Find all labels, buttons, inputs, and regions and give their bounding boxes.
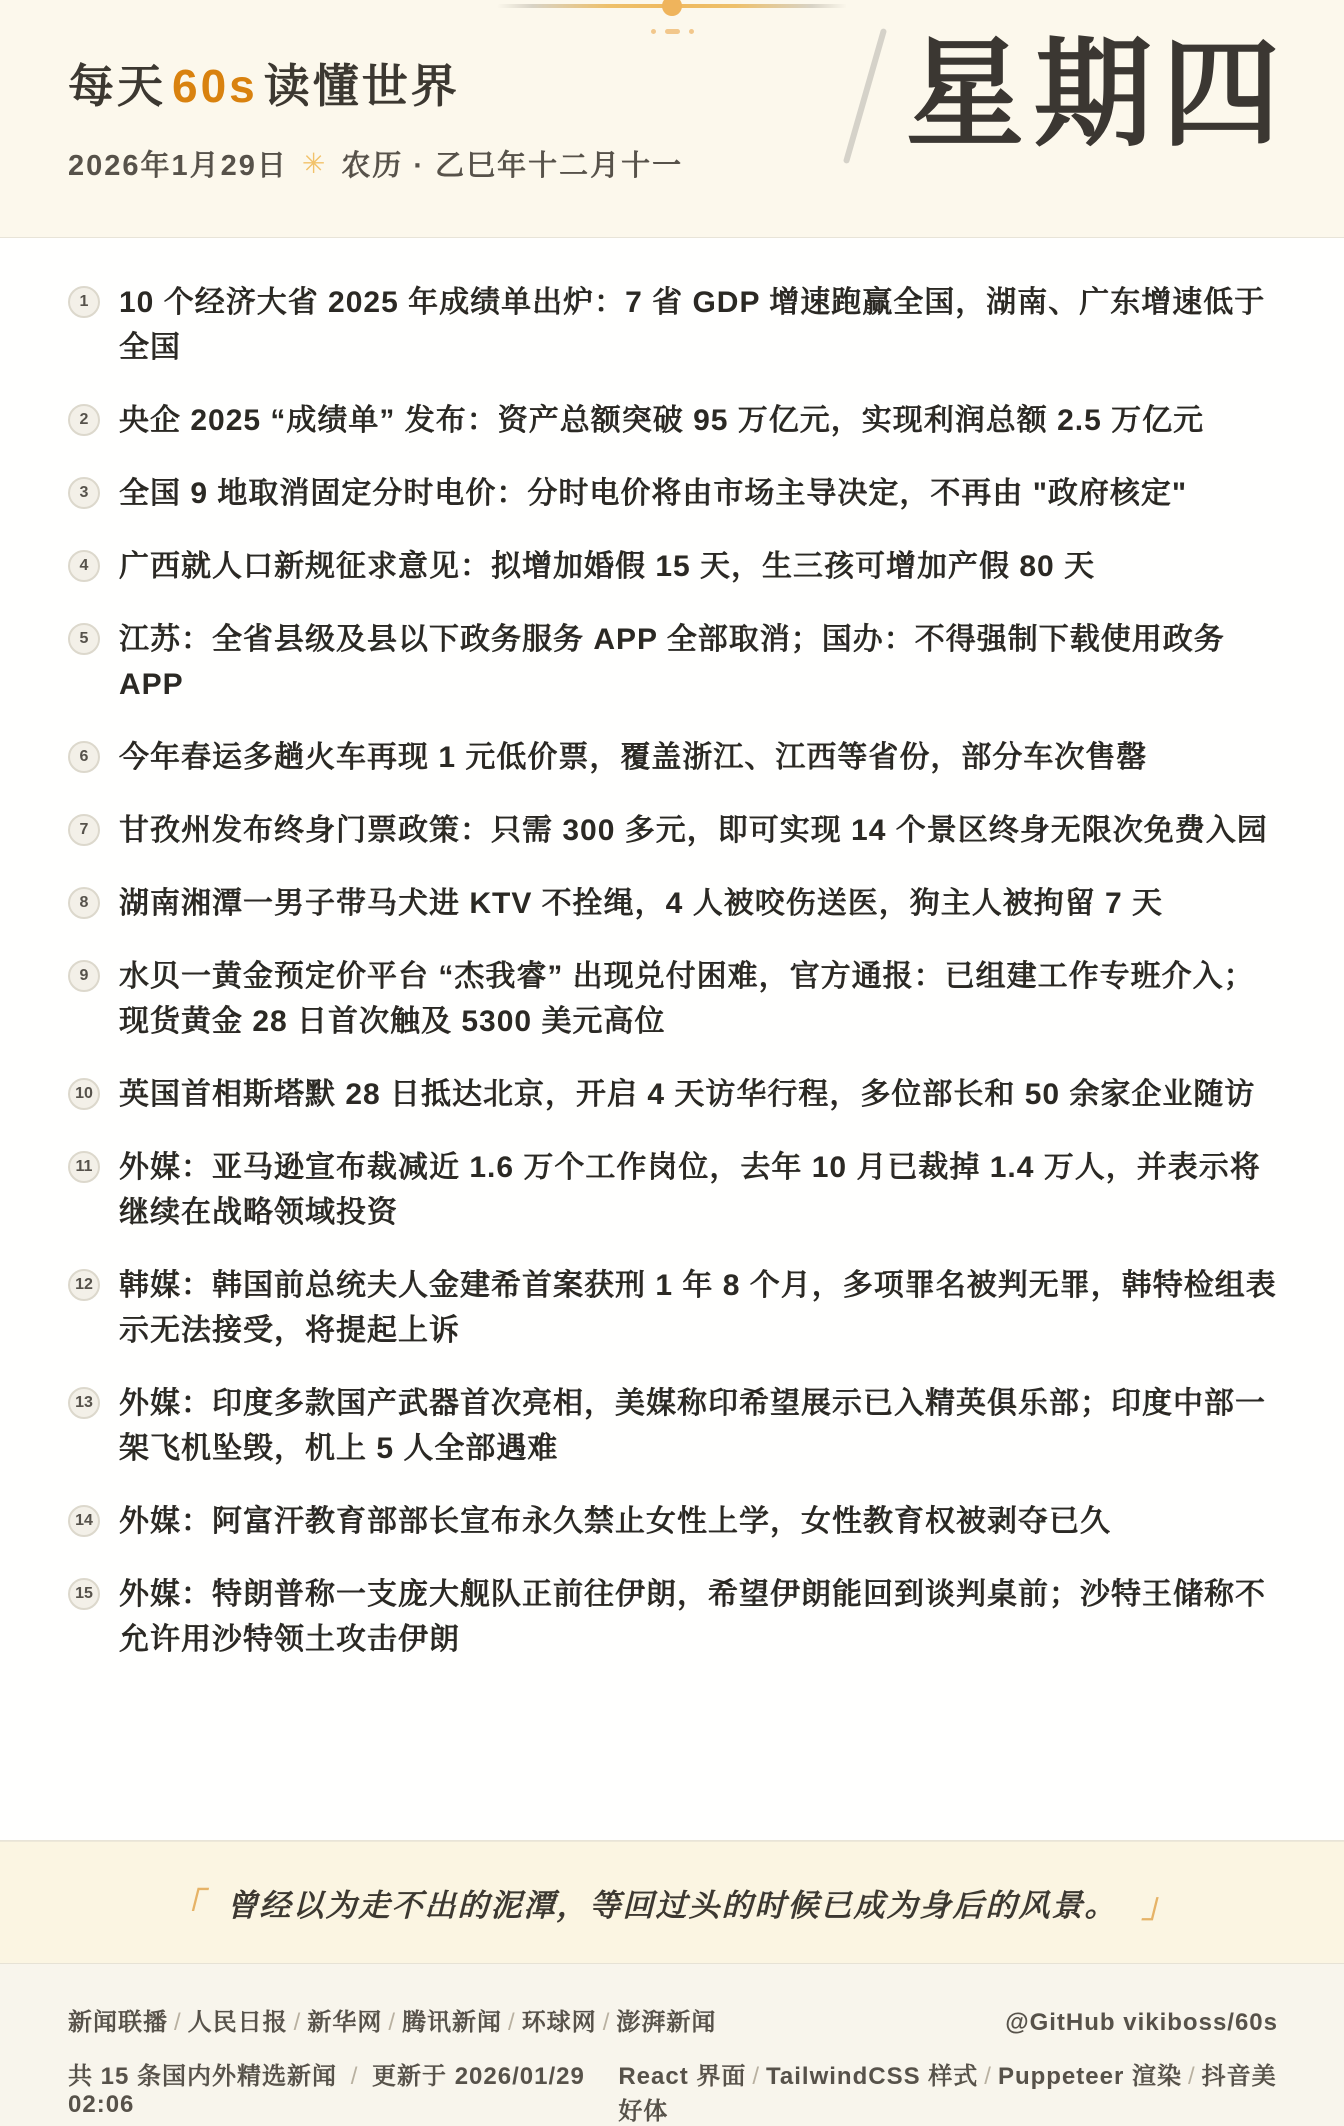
news-item-text: 韩媒：韩国前总统夫人金建希首案获刑 1 年 8 个月，多项罪名被判无罪，韩特检组… [119,1263,1278,1353]
header-decoration [497,4,847,34]
decoration-dots [497,29,847,34]
news-item-text: 全国 9 地取消固定分时电价：分时电价将由市场主导决定，不再由 "政府核定" [119,471,1187,516]
page-title: 每天60s读懂世界 [68,50,683,116]
news-list: 110 个经济大省 2025 年成绩单出炉：7 省 GDP 增速跑赢全国，湖南、… [68,280,1278,1662]
asterisk-icon: ✳ [302,147,327,180]
separator: / [1182,2063,1202,2090]
item-number-badge: 6 [68,741,100,773]
footer-row-meta: 共 15 条国内外精选新闻 / 更新于 2026/01/29 02:06 Rea… [68,2056,1278,2126]
lunar-date: 农历 · 乙巳年十二月十一 [341,143,683,184]
source-name: 环球网 [522,2009,597,2036]
separator: / [978,2063,998,2090]
news-item: 9水贝一黄金预定价平台 “杰我睿” 出现兑付困难，官方通报：已组建工作专班介入；… [68,954,1278,1044]
daily-news-card: 每天60s读懂世界 2026年1月29日 ✳ 农历 · 乙巳年十二月十一 星期四… [0,0,1344,2126]
tech-item: React 界面 [618,2063,746,2090]
weekday-label: 星期四 [906,34,1290,158]
news-item-text: 湖南湘潭一男子带马犬进 KTV 不拴绳，4 人被咬伤送医，狗主人被拘留 7 天 [119,881,1163,926]
footer: 新闻联播/人民日报/新华网/腾讯新闻/环球网/澎湃新闻 @GitHub viki… [0,1963,1344,2126]
quote-section: 「 曾经以为走不出的泥潭，等回过头的时候已成为身后的风景。 」 [0,1841,1344,1963]
footer-row-sources: 新闻联播/人民日报/新华网/腾讯新闻/环球网/澎湃新闻 @GitHub viki… [68,2002,1278,2037]
source-name: 新闻联播 [68,2009,168,2036]
separator: / [746,2063,766,2090]
news-item-text: 水贝一黄金预定价平台 “杰我睿” 出现兑付困难，官方通报：已组建工作专班介入；现… [119,954,1278,1044]
source-name: 人民日报 [188,2009,288,2036]
weekday-block: 星期四 [862,26,1290,166]
item-number-badge: 15 [68,1578,100,1610]
item-number-badge: 14 [68,1505,100,1537]
gregorian-date: 2026年1月29日 [68,143,288,184]
separator: / [168,2009,188,2036]
news-item-text: 10 个经济大省 2025 年成绩单出炉：7 省 GDP 增速跑赢全国，湖南、广… [119,280,1278,370]
separator: / [597,2009,617,2036]
news-item: 110 个经济大省 2025 年成绩单出炉：7 省 GDP 增速跑赢全国，湖南、… [68,280,1278,370]
news-item: 6今年春运多趟火车再现 1 元低价票，覆盖浙江、江西等省份，部分车次售罄 [68,735,1278,780]
news-item: 2央企 2025 “成绩单” 发布：资产总额突破 95 万亿元，实现利润总额 2… [68,398,1278,443]
github-handle[interactable]: @GitHub vikiboss/60s [1005,2009,1278,2037]
news-count: 共 15 条国内外精选新闻 [68,2063,337,2090]
title-prefix: 每天 [68,60,166,112]
news-item-text: 外媒：阿富汗教育部部长宣布永久禁止女性上学，女性教育权被剥夺已久 [119,1499,1111,1544]
separator: / [288,2009,308,2036]
separator: / [502,2009,522,2036]
news-item: 13外媒：印度多款国产武器首次亮相，美媒称印希望展示已入精英俱乐部；印度中部一架… [68,1381,1278,1471]
dot-icon [689,29,694,34]
item-number-badge: 7 [68,814,100,846]
news-item-text: 江苏：全省县级及县以下政务服务 APP 全部取消；国办：不得强制下载使用政务 A… [119,617,1278,707]
item-number-badge: 12 [68,1269,100,1301]
item-number-badge: 9 [68,960,100,992]
news-item: 11外媒：亚马逊宣布裁减近 1.6 万个工作岗位，去年 10 月已裁掉 1.4 … [68,1145,1278,1235]
news-card: 110 个经济大省 2025 年成绩单出炉：7 省 GDP 增速跑赢全国，湖南、… [0,237,1344,1841]
item-number-badge: 1 [68,286,100,318]
source-name: 新华网 [307,2009,382,2036]
quote-text: 曾经以为走不出的泥潭，等回过头的时候已成为身后的风景。 [227,1880,1118,1925]
date-row: 2026年1月29日 ✳ 农历 · 乙巳年十二月十一 [68,143,683,184]
news-item-text: 外媒：亚马逊宣布裁减近 1.6 万个工作岗位，去年 10 月已裁掉 1.4 万人… [119,1145,1278,1235]
source-name: 腾讯新闻 [402,2009,502,2036]
news-item: 15外媒：特朗普称一支庞大舰队正前往伊朗，希望伊朗能回到谈判桌前；沙特王储称不允… [68,1572,1278,1662]
news-item: 10英国首相斯塔默 28 日抵达北京，开启 4 天访华行程，多位部长和 50 余… [68,1072,1278,1117]
news-item-text: 英国首相斯塔默 28 日抵达北京，开启 4 天访华行程，多位部长和 50 余家企… [119,1072,1255,1117]
tech-item: Puppeteer 渲染 [998,2063,1182,2090]
title-suffix: 读懂世界 [264,60,460,112]
news-item: 14外媒：阿富汗教育部部长宣布永久禁止女性上学，女性教育权被剥夺已久 [68,1499,1278,1544]
header: 每天60s读懂世界 2026年1月29日 ✳ 农历 · 乙巳年十二月十一 星期四 [0,0,1344,237]
quote-close-icon: 」 [1142,1878,1176,1927]
news-item: 3全国 9 地取消固定分时电价：分时电价将由市场主导决定，不再由 "政府核定" [68,471,1278,516]
header-left: 每天60s读懂世界 2026年1月29日 ✳ 农历 · 乙巳年十二月十一 [68,50,683,184]
item-number-badge: 4 [68,550,100,582]
news-item-text: 外媒：特朗普称一支庞大舰队正前往伊朗，希望伊朗能回到谈判桌前；沙特王储称不允许用… [119,1572,1278,1662]
tech-item: TailwindCSS 样式 [766,2063,978,2090]
dash-icon [665,29,680,34]
news-item-text: 甘孜州发布终身门票政策：只需 300 多元，即可实现 14 个景区终身无限次免费… [119,808,1268,853]
item-number-badge: 5 [68,623,100,655]
news-item: 8湖南湘潭一男子带马犬进 KTV 不拴绳，4 人被咬伤送医，狗主人被拘留 7 天 [68,881,1278,926]
separator: / [337,2063,372,2090]
news-item-text: 今年春运多趟火车再现 1 元低价票，覆盖浙江、江西等省份，部分车次售罄 [119,735,1147,780]
news-item-text: 央企 2025 “成绩单” 发布：资产总额突破 95 万亿元，实现利润总额 2.… [119,398,1204,443]
source-name: 澎湃新闻 [616,2009,716,2036]
news-sources: 新闻联播/人民日报/新华网/腾讯新闻/环球网/澎湃新闻 [68,2002,716,2037]
news-item: 5江苏：全省县级及县以下政务服务 APP 全部取消；国办：不得强制下载使用政务 … [68,617,1278,707]
title-highlight: 60s [166,60,264,112]
item-number-badge: 11 [68,1151,100,1183]
slash-divider [843,28,887,164]
news-item: 7甘孜州发布终身门票政策：只需 300 多元，即可实现 14 个景区终身无限次免… [68,808,1278,853]
decoration-circle-icon [662,0,682,16]
quote-open-icon: 「 [169,1878,203,1927]
news-item: 4广西就人口新规征求意见：拟增加婚假 15 天，生三孩可增加产假 80 天 [68,544,1278,589]
dot-icon [651,29,656,34]
news-item: 12韩媒：韩国前总统夫人金建希首案获刑 1 年 8 个月，多项罪名被判无罪，韩特… [68,1263,1278,1353]
item-number-badge: 3 [68,477,100,509]
item-number-badge: 2 [68,404,100,436]
news-item-text: 外媒：印度多款国产武器首次亮相，美媒称印希望展示已入精英俱乐部；印度中部一架飞机… [119,1381,1278,1471]
separator: / [382,2009,402,2036]
news-item-text: 广西就人口新规征求意见：拟增加婚假 15 天，生三孩可增加产假 80 天 [119,544,1095,589]
item-number-badge: 8 [68,887,100,919]
update-info: 共 15 条国内外精选新闻 / 更新于 2026/01/29 02:06 [68,2056,618,2119]
item-number-badge: 13 [68,1387,100,1419]
item-number-badge: 10 [68,1078,100,1110]
tech-stack: React 界面/TailwindCSS 样式/Puppeteer 渲染/抖音美… [618,2056,1278,2126]
